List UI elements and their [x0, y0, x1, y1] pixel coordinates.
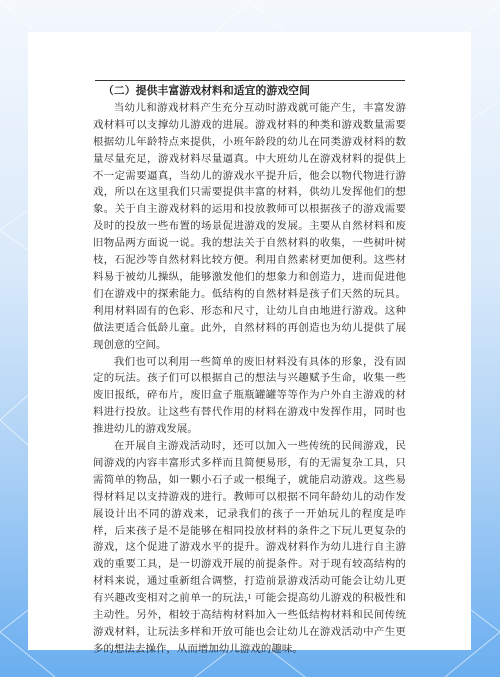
- document-body: （二）提供丰富游戏材料和适宜的游戏空间 当幼儿和游戏材料产生充分互动时游戏就可能…: [93, 83, 406, 658]
- page-number: 1: [28, 594, 471, 601]
- paragraph-2: 我们也可以利用一些简单的废旧材料没有具体的形象，没有固定的玩法。孩子们可以根据自…: [93, 354, 406, 439]
- paragraph-1: 当幼儿和游戏材料产生充分互动时游戏就可能产生，丰富发游戏材料可以支撑幼儿游戏的进…: [93, 100, 406, 354]
- paragraph-3: 在开展自主游戏活动时，还可以加入一些传统的民间游戏，民间游戏的内容丰富形式多样而…: [93, 438, 406, 658]
- header-rule: [95, 80, 405, 81]
- section-heading: （二）提供丰富游戏材料和适宜的游戏空间: [93, 83, 406, 100]
- document-page: （二）提供丰富游戏材料和适宜的游戏空间 当幼儿和游戏材料产生充分互动时游戏就可能…: [28, 32, 471, 650]
